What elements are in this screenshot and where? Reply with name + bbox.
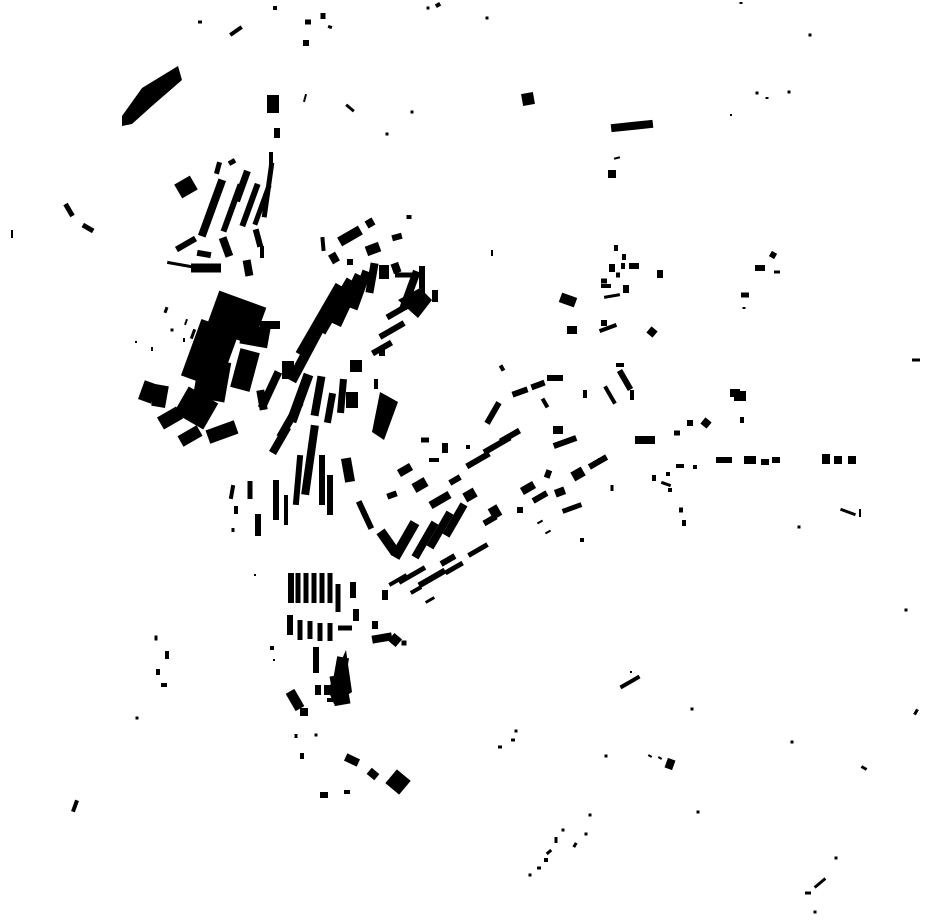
building-footprint [553, 435, 578, 449]
building-footprint [537, 520, 543, 525]
building-footprint [629, 263, 639, 269]
building-footprint [344, 753, 360, 766]
building-footprint [658, 756, 662, 760]
building-footprint [308, 621, 313, 639]
building-footprint [347, 259, 353, 265]
building-footprint [288, 573, 294, 603]
building-footprint [228, 158, 237, 166]
building-footprint [665, 758, 676, 770]
building-footprint [328, 623, 333, 641]
building-footprint [371, 632, 392, 643]
building-footprint [532, 490, 549, 503]
building-footprint [791, 741, 794, 744]
building-footprint [442, 443, 448, 453]
building-footprint [219, 236, 233, 258]
building-footprint [603, 385, 616, 404]
building-footprint [229, 25, 243, 36]
building-footprint [425, 596, 435, 604]
figure-ground-map [0, 0, 930, 924]
building-footprint [572, 842, 577, 848]
building-footprint [611, 120, 654, 132]
building-footprint [462, 488, 477, 503]
building-footprint [183, 338, 185, 342]
building-footprint [397, 463, 413, 477]
building-footprint [175, 236, 197, 252]
building-footprint [295, 734, 298, 738]
building-footprint [835, 857, 838, 860]
building-footprint [253, 229, 263, 248]
building-footprint [174, 176, 198, 199]
building-footprint [515, 730, 518, 733]
building-footprint [834, 456, 842, 464]
building-footprint [482, 514, 497, 526]
building-footprint [741, 293, 749, 298]
building-footprint [822, 454, 830, 464]
building-footprint [63, 203, 74, 218]
building-footprint [604, 293, 620, 299]
building-footprint [769, 251, 777, 259]
building-footprint [511, 739, 515, 742]
building-footprint [440, 553, 457, 566]
building-footprint [646, 326, 657, 337]
building-footprint [814, 911, 817, 914]
building-footprint [303, 40, 309, 46]
building-footprint [267, 95, 279, 113]
building-footprint [616, 363, 624, 367]
building-footprint [666, 472, 670, 476]
building-footprint [372, 621, 378, 629]
building-footprint [296, 573, 301, 603]
building-footprint [284, 495, 288, 525]
building-footprint [774, 271, 780, 274]
building-footprint [286, 689, 305, 711]
building-footprint [71, 800, 79, 813]
building-footprint [153, 396, 159, 404]
building-footprint [379, 265, 389, 279]
building-footprint [164, 307, 169, 314]
building-footprint [740, 2, 743, 4]
building-footprint [206, 420, 239, 443]
building-footprint [621, 263, 625, 269]
building-footprint [273, 6, 277, 10]
building-footprint [609, 264, 615, 272]
building-footprint [350, 582, 356, 598]
building-footprint [274, 128, 280, 138]
building-footprint [321, 13, 326, 19]
building-footprint [198, 21, 202, 24]
building-footprint [161, 683, 167, 687]
building-footprint [386, 490, 397, 499]
building-footprints-layer [0, 0, 930, 924]
building-footprint [320, 792, 328, 798]
building-footprint [635, 436, 655, 444]
building-footprint [311, 376, 326, 417]
building-footprint [230, 348, 260, 392]
building-footprint [391, 262, 402, 274]
building-footprint [544, 469, 552, 479]
building-footprint [755, 265, 765, 271]
building-footprint [328, 573, 333, 603]
building-footprint [391, 233, 402, 241]
building-footprint [814, 877, 827, 888]
building-footprint [691, 708, 694, 711]
building-footprint [840, 508, 856, 516]
building-footprint [529, 874, 532, 877]
building-footprint [583, 390, 587, 398]
building-footprint [912, 359, 920, 362]
building-footprint [429, 458, 439, 462]
building-footprint [630, 671, 632, 673]
building-footprint [859, 509, 861, 517]
building-footprint [233, 170, 251, 202]
building-footprint [315, 685, 321, 695]
building-footprint [374, 379, 378, 389]
building-footprint [319, 455, 325, 505]
building-footprint [193, 358, 231, 403]
building-footprint [544, 858, 548, 862]
building-footprint [341, 457, 355, 482]
building-footprint [435, 2, 441, 8]
building-footprint [273, 480, 279, 520]
building-footprint [301, 425, 319, 495]
building-footprint [327, 475, 333, 515]
building-footprint [601, 320, 607, 326]
building-footprint [661, 481, 671, 487]
building-footprint [262, 162, 275, 217]
building-footprint [367, 768, 380, 781]
building-footprint [716, 457, 732, 463]
building-footprint [562, 502, 583, 514]
building-footprint [766, 97, 769, 99]
building-footprint [411, 111, 414, 114]
building-footprint [693, 465, 697, 469]
building-footprint [448, 474, 461, 485]
building-footprint [300, 753, 304, 759]
building-footprint [805, 892, 811, 895]
building-footprint [687, 420, 693, 426]
building-footprint [520, 481, 536, 495]
building-footprint [589, 814, 592, 817]
building-footprint [177, 425, 202, 446]
building-footprint [82, 223, 95, 233]
building-footprint [298, 620, 303, 640]
building-footprint [156, 669, 160, 675]
building-footprint [350, 360, 362, 372]
building-footprint [345, 104, 355, 113]
building-footprint [136, 717, 139, 720]
building-footprint [428, 491, 451, 509]
building-footprint [273, 659, 275, 661]
building-footprint [630, 390, 634, 400]
building-footprint [336, 584, 341, 612]
building-footprint [484, 401, 501, 425]
building-footprint [372, 392, 398, 440]
building-footprint [407, 215, 412, 219]
building-footprint [467, 542, 489, 557]
building-footprint [648, 754, 652, 758]
building-footprint [486, 17, 489, 20]
building-footprint [608, 170, 616, 178]
building-footprint [270, 646, 274, 650]
building-footprint [601, 279, 607, 284]
building-footprint [601, 284, 611, 288]
building-footprint [315, 734, 318, 737]
building-footprint [320, 237, 325, 251]
building-footprint [379, 348, 385, 356]
building-footprint [184, 319, 188, 325]
building-footprint [679, 508, 683, 513]
building-footprint [913, 709, 919, 716]
building-footprint [135, 341, 137, 343]
building-footprint [567, 326, 577, 334]
building-footprint [697, 811, 700, 814]
building-footprint [305, 20, 311, 25]
building-footprint [260, 321, 280, 329]
building-footprint [570, 467, 585, 482]
building-footprint [214, 162, 222, 175]
building-footprint [530, 380, 545, 390]
building-footprint [293, 455, 303, 505]
building-footprint [668, 488, 672, 492]
building-footprint [730, 389, 740, 397]
building-footprint [304, 573, 309, 603]
building-footprint [344, 790, 350, 794]
building-footprint [466, 445, 470, 449]
building-footprint [562, 829, 565, 832]
building-footprint [328, 252, 340, 265]
building-footprint [386, 133, 389, 136]
building-footprint [559, 293, 577, 308]
building-footprint [545, 530, 551, 535]
building-footprint [122, 66, 182, 126]
building-footprint [517, 507, 523, 513]
building-footprint [346, 392, 358, 408]
building-footprint [229, 485, 235, 499]
building-footprint [260, 246, 264, 258]
building-footprint [254, 574, 256, 576]
building-footprint [598, 458, 602, 462]
building-footprint [740, 417, 744, 423]
building-footprint [547, 375, 563, 381]
building-footprint [234, 506, 238, 514]
building-footprint [395, 273, 413, 278]
building-footprint [555, 837, 558, 843]
building-footprint [585, 833, 588, 836]
building-footprint [743, 307, 746, 309]
building-footprint [788, 91, 791, 94]
building-footprint [848, 456, 856, 464]
building-footprint [427, 7, 430, 10]
building-footprint [652, 475, 656, 481]
building-footprint [674, 431, 680, 436]
building-footprint [328, 25, 333, 29]
building-footprint [798, 526, 801, 529]
building-footprint [421, 438, 429, 443]
building-footprint [300, 708, 308, 716]
building-footprint [905, 609, 908, 612]
building-footprint [365, 218, 376, 229]
building-footprint [243, 259, 254, 276]
building-footprint [682, 520, 686, 526]
building-footprint [537, 867, 541, 870]
building-footprint [432, 290, 438, 302]
building-footprint [521, 92, 535, 106]
building-footprint [11, 230, 13, 238]
building-footprint [338, 626, 352, 631]
building-footprint [398, 288, 432, 318]
building-footprint [700, 417, 711, 428]
building-footprint [165, 651, 169, 659]
building-footprint [614, 156, 620, 159]
building-footprint [282, 361, 294, 379]
building-footprint [611, 485, 614, 491]
building-footprint [622, 254, 626, 260]
building-footprint [337, 379, 347, 413]
building-footprint [809, 34, 812, 37]
building-footprint [248, 481, 253, 499]
building-footprint [676, 464, 684, 468]
building-footprint [155, 636, 158, 641]
building-footprint [382, 590, 388, 600]
building-footprint [623, 285, 629, 293]
building-footprint [312, 573, 317, 603]
building-footprint [541, 398, 549, 409]
building-footprint [356, 500, 374, 530]
building-footprint [616, 273, 620, 278]
building-footprint [554, 487, 566, 498]
building-footprint [756, 92, 759, 95]
building-footprint [499, 364, 505, 371]
building-footprint [619, 675, 640, 689]
building-footprint [337, 226, 363, 247]
building-footprint [303, 94, 307, 102]
building-footprint [171, 329, 174, 332]
building-footprint [761, 459, 769, 465]
building-footprint [385, 769, 410, 794]
building-footprint [498, 746, 502, 749]
building-footprint [197, 250, 212, 258]
building-footprint [580, 538, 584, 542]
building-footprint [151, 347, 153, 351]
building-footprint [287, 615, 293, 635]
building-footprint [324, 393, 336, 424]
building-footprint [511, 386, 528, 397]
building-footprint [546, 849, 553, 855]
building-footprint [657, 270, 663, 278]
building-footprint [605, 755, 608, 758]
building-footprint [320, 573, 325, 603]
building-footprint [365, 242, 382, 256]
building-footprint [353, 609, 359, 621]
building-footprint [730, 114, 732, 116]
building-footprint [861, 765, 868, 771]
building-footprint [411, 477, 428, 493]
building-footprint [465, 451, 491, 469]
building-footprint [232, 528, 235, 532]
building-footprint [553, 426, 563, 434]
building-footprint [402, 641, 407, 646]
building-footprint [410, 585, 422, 594]
building-footprint [617, 369, 633, 391]
building-footprint [744, 456, 756, 464]
building-footprint [491, 250, 493, 256]
building-footprint [313, 647, 319, 673]
building-footprint [614, 245, 618, 251]
building-footprint [378, 320, 405, 339]
building-footprint [255, 514, 261, 536]
building-footprint [318, 623, 323, 641]
building-footprint [772, 457, 780, 463]
